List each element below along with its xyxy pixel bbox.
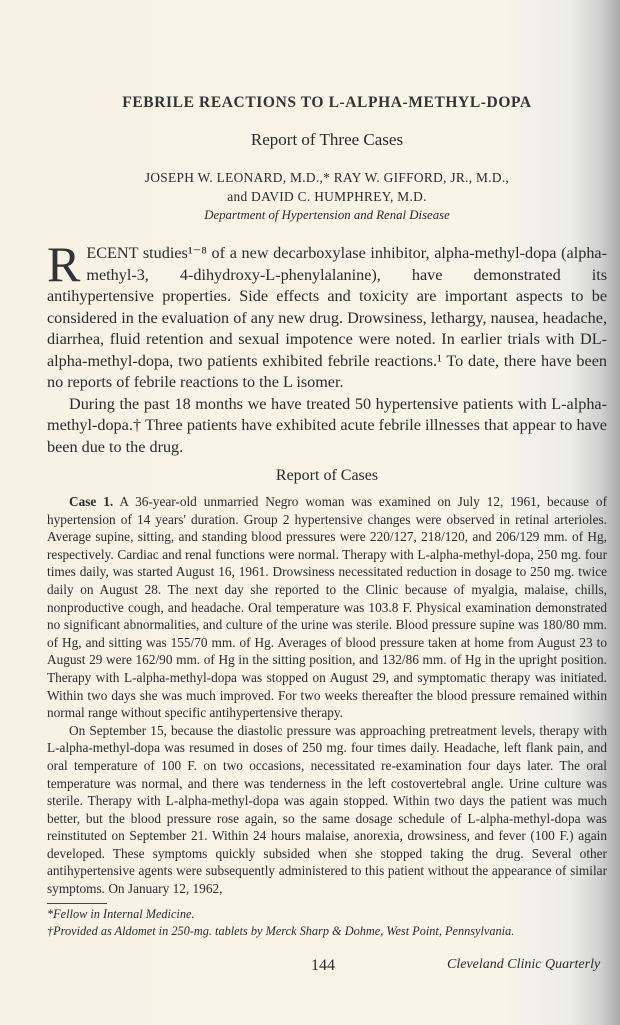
case1-paragraph-2: On September 15, because the diastolic p…	[47, 722, 607, 898]
intro-paragraph-2: During the past 18 months we have treate…	[47, 394, 607, 459]
case-report-body: Case 1. A 36-year-old unmarried Negro wo…	[47, 493, 607, 898]
page-number: 144	[311, 957, 335, 975]
footnote-1: *Fellow in Internal Medicine.	[47, 906, 607, 923]
authors-line-2: and DAVID C. HUMPHREY, M.D.	[47, 187, 607, 206]
journal-name: Cleveland Clinic Quarterly	[447, 957, 600, 973]
case-label: Case 1.	[69, 494, 113, 509]
introduction: RECENT studies¹⁻⁸ of a new decarboxylase…	[47, 243, 607, 458]
footnote-2: †Provided as Aldomet in 250-mg. tablets …	[47, 923, 607, 940]
authors-line-1: JOSEPH W. LEONARD, M.D.,* RAY W. GIFFORD…	[47, 168, 607, 187]
author-list: JOSEPH W. LEONARD, M.D.,* RAY W. GIFFORD…	[47, 168, 607, 206]
department: Department of Hypertension and Renal Dis…	[47, 208, 607, 223]
footnotes: *Fellow in Internal Medicine. †Provided …	[47, 906, 607, 940]
article-title: FEBRILE REACTIONS TO L-ALPHA-METHYL-DOPA	[47, 94, 607, 112]
intro-paragraph-1: RECENT studies¹⁻⁸ of a new decarboxylase…	[47, 243, 607, 394]
article-subtitle: Report of Three Cases	[47, 130, 607, 150]
section-heading: Report of Cases	[47, 467, 607, 485]
footnote-divider	[47, 903, 107, 904]
drop-cap: R	[47, 245, 80, 283]
case1-paragraph-1: Case 1. A 36-year-old unmarried Negro wo…	[47, 493, 607, 722]
